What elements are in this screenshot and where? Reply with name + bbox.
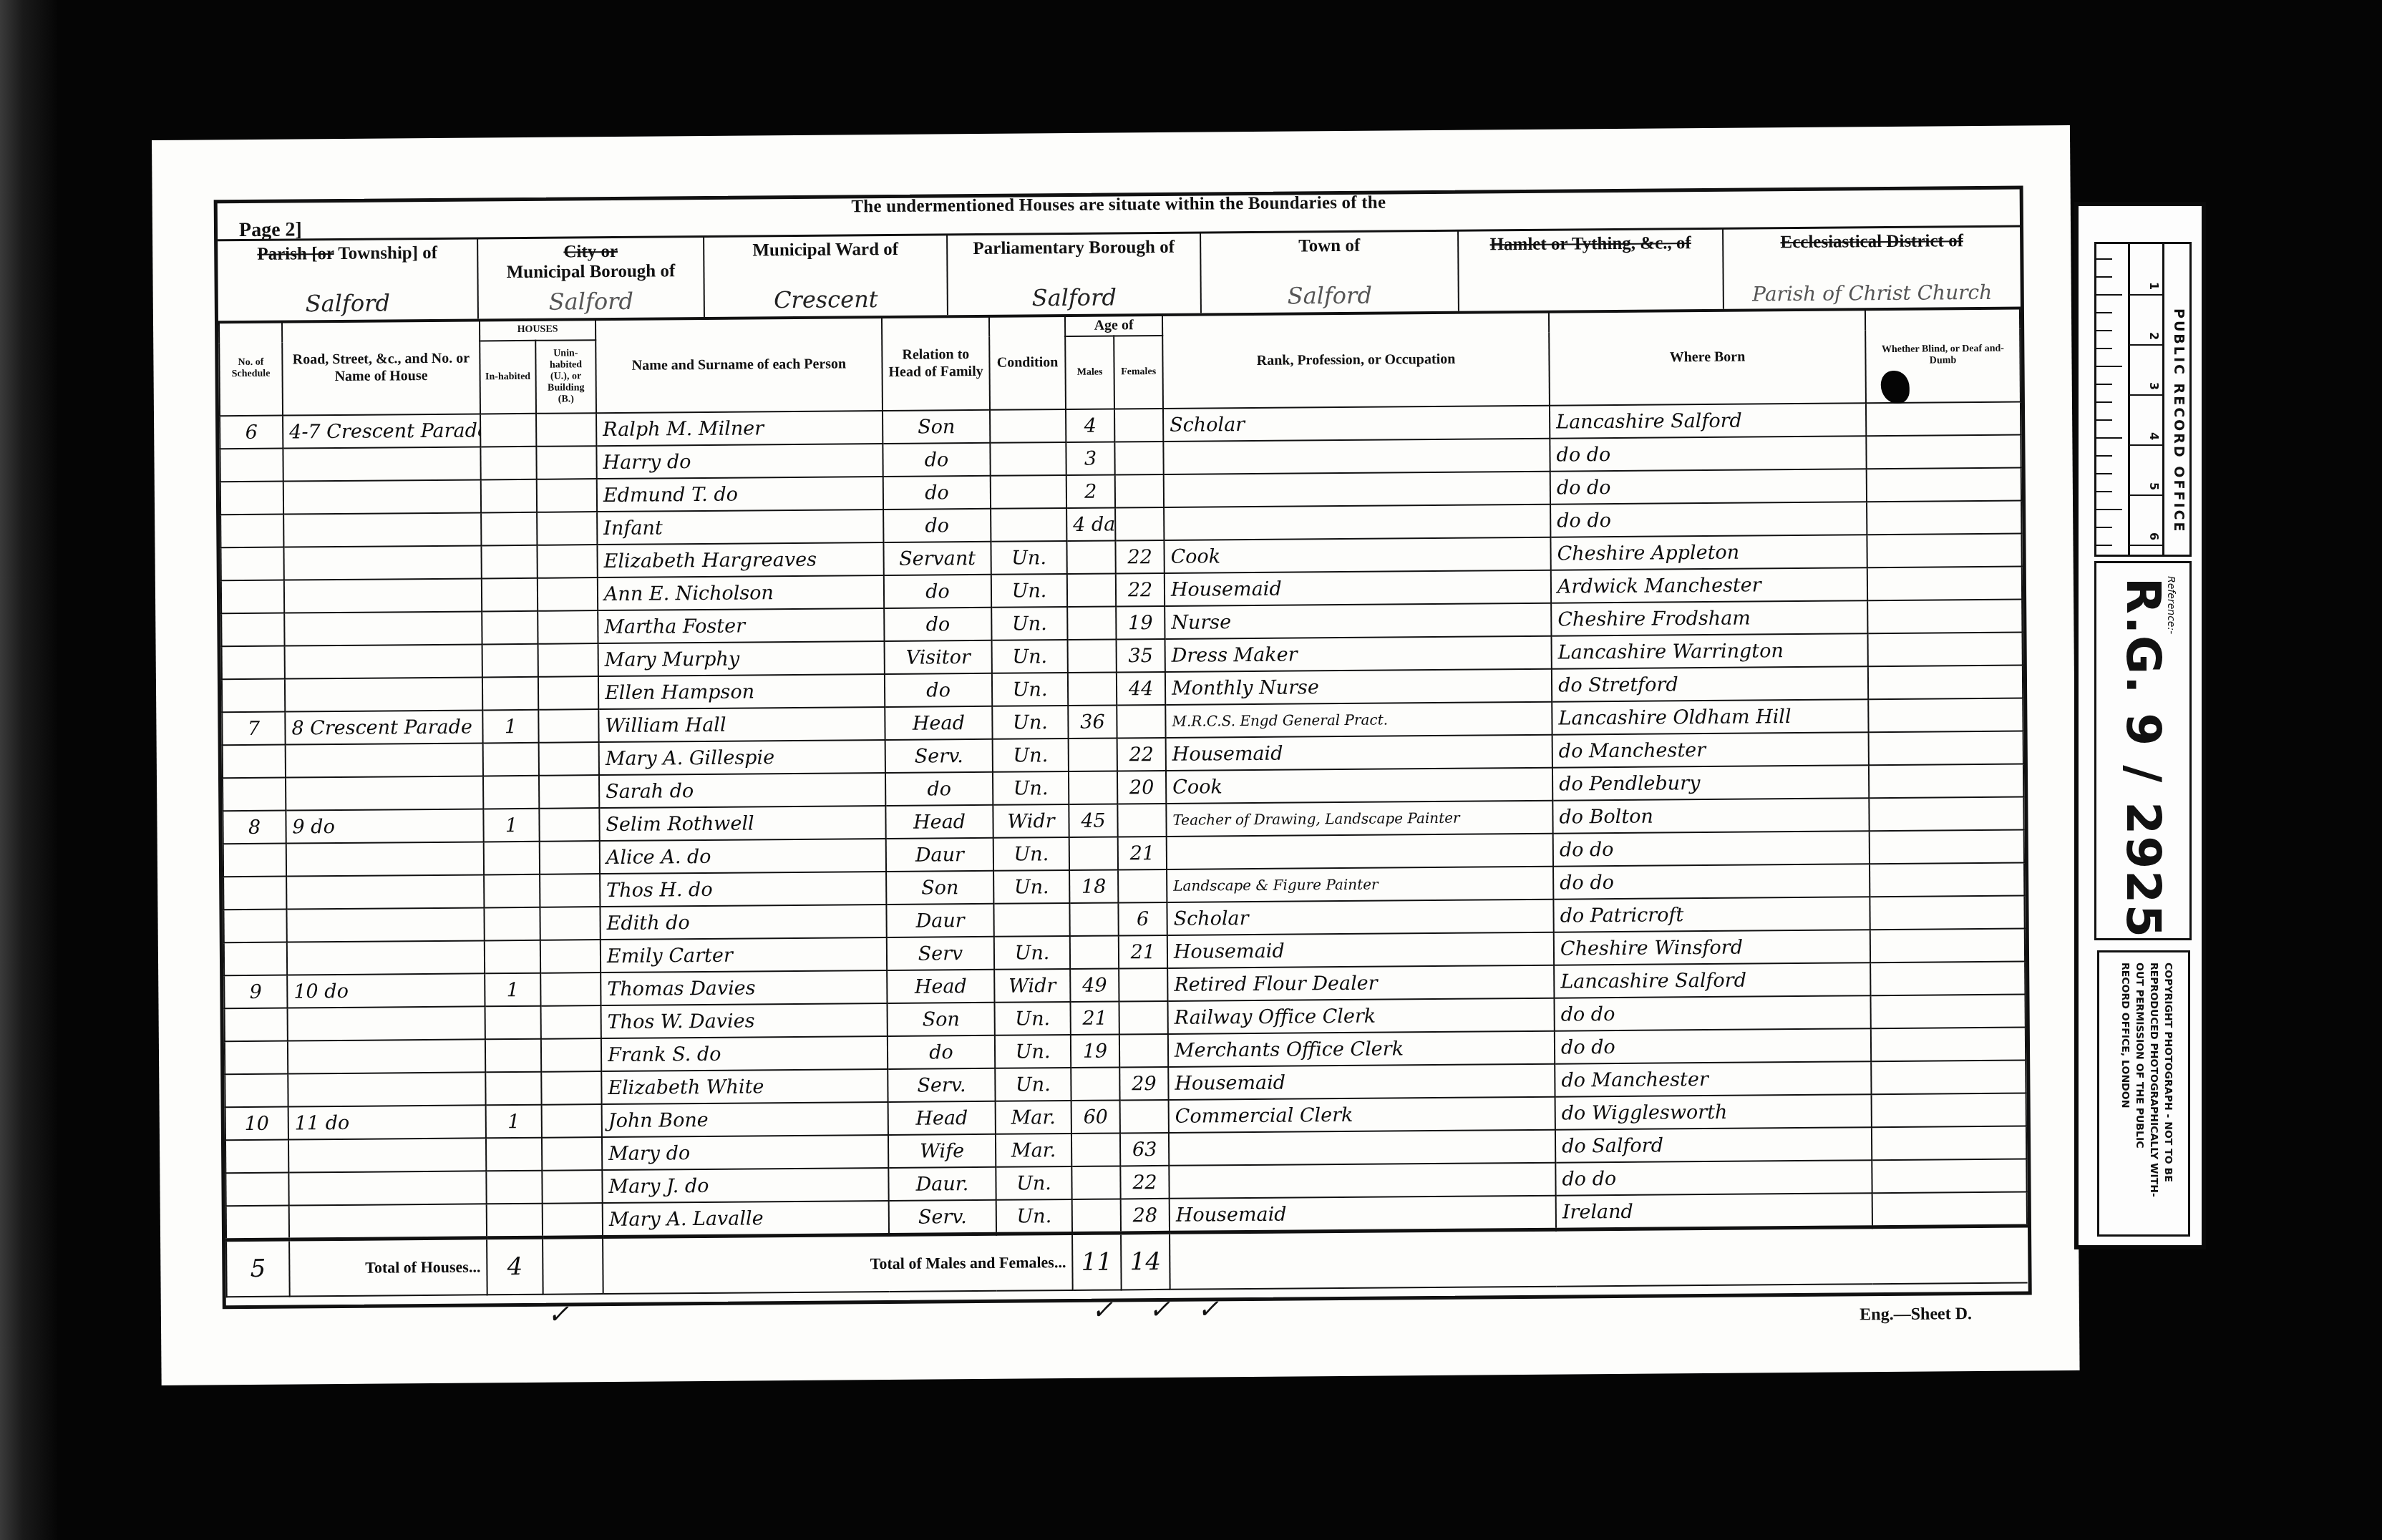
relation-to-head: do [884,608,991,641]
male-age [1069,837,1118,870]
occupation: Merchants Office Clerk [1168,1031,1555,1067]
inhabited-count [485,940,540,974]
ruler-tick [2096,491,2112,492]
inhabited-count [481,479,537,513]
uninhabited-count [542,1104,602,1138]
ruler-cm-number: 4 [2147,432,2161,440]
male-age: 45 [1069,804,1117,837]
infirmity [1870,994,2025,1028]
schedule-number [226,1206,289,1240]
occupation: Scholar [1167,900,1553,935]
uninhabited-count [539,775,599,809]
ruler-tick [2096,348,2112,349]
birthplace: Cheshire Winsford [1554,930,1870,965]
ruler-tick [2096,366,2122,367]
infirmity [1869,764,2023,798]
ruler-cm-number: 1 [2147,282,2161,290]
female-age [1114,409,1163,442]
total-houses-value: 4 [487,1237,543,1295]
uninhabited-count [537,479,597,512]
relation-to-head: Serv. [885,739,993,773]
house-address [284,578,482,613]
infirmity [1870,829,2024,864]
ruler-cm-cell: 5 [2128,444,2162,496]
ruler-tick [2096,545,2112,546]
birthplace: Ardwick Manchester [1551,567,1867,603]
uninhabited-count [538,577,598,611]
schedule-number [223,745,286,779]
birthplace: do Manchester [1552,732,1869,767]
infirmity [1870,928,2025,962]
birthplace: Lancashire Warrington [1552,633,1868,668]
copyright-line: OUT PERMISSION OF THE PUBLIC [2133,962,2145,1148]
female-age: 22 [1115,540,1164,574]
totals-mark: 5 [226,1239,290,1297]
total-females: 14 [1121,1232,1170,1290]
schedule-number [225,1041,288,1075]
male-age [1069,902,1118,936]
relation-to-head: Serv [887,937,994,970]
occupation: Teacher of Drawing, Landscape Painter [1166,801,1552,837]
inhabited-count [484,874,540,908]
male-age: 4 [1066,409,1114,442]
inhabited-count [481,512,537,546]
person-name: Harry do [596,444,883,479]
marital-condition: Un. [996,1166,1071,1200]
female-age: 21 [1119,935,1167,969]
person-name: Selim Rothwell [599,806,885,841]
schedule-number [225,1074,288,1108]
male-age: 3 [1066,442,1114,475]
female-age [1120,1100,1169,1134]
male-age [1071,1067,1119,1101]
female-age: 35 [1117,639,1165,673]
birthplace: Cheshire Appleton [1550,535,1867,570]
male-age [1069,771,1117,804]
person-name: Frank S. do [601,1036,888,1071]
occupation: Housemaid [1167,932,1554,968]
house-address [286,874,484,909]
male-age: 19 [1071,1034,1119,1068]
uninhabited-count [536,446,596,479]
uninhabited-count [541,1038,601,1072]
total-males: 11 [1072,1233,1122,1290]
female-age: 28 [1121,1199,1170,1233]
tick-mark: ✓ [548,1300,569,1329]
copyright-line: REPRODUCED PHOTOGRAPHICALLY WITH- [2147,962,2159,1197]
house-address: 10 do [287,973,485,1008]
inhabited-count: 1 [482,710,538,744]
marital-condition: Mar. [996,1101,1071,1134]
occupation: Commercial Clerk [1169,1097,1555,1133]
place-municipal-ward: Municipal Ward of Crescent [704,235,948,317]
house-address [283,512,481,547]
uninhabited-count [538,676,598,710]
infirmity [1868,665,2023,699]
schedule-number [223,877,286,910]
relation-to-head: do [888,1035,995,1069]
marital-condition: Un. [994,1002,1070,1035]
marital-condition: Un. [991,574,1067,608]
uninhabited-count [537,545,597,578]
occupation: Scholar [1163,406,1550,442]
house-address [288,1039,485,1073]
inhabited-count [484,842,540,875]
person-name: Elizabeth Hargreaves [597,542,883,577]
female-age: 29 [1119,1067,1168,1101]
total-blank [543,1237,603,1295]
ruler-inch-scale [2096,244,2130,555]
female-age [1115,507,1164,541]
occupation: Housemaid [1165,570,1551,606]
relation-to-head: Daur [886,838,993,872]
schedule-number [223,844,286,877]
schedule-number [225,1140,288,1174]
inhabited-count: 1 [483,809,539,842]
infirmity [1866,435,2021,469]
copyright-line: COPYRIGHT PHOTOGRAPH - NOT TO BE [2162,962,2174,1182]
relation-to-head: Son [888,1003,995,1036]
person-name: Infant [597,510,883,545]
relation-to-head: Daur [886,904,993,937]
place-value: Salford [1202,281,1458,311]
birthplace: do Wigglesworth [1555,1094,1872,1129]
schedule-number [222,646,285,680]
place-value: Crescent [705,285,947,314]
col-age: Age of [1065,315,1162,336]
ruler-cm-number: 5 [2147,482,2161,490]
archive-reference-label: 123456 PUBLIC RECORD OFFICE Reference:- … [2074,202,2206,1249]
col-schedule: No. of Schedule [219,322,283,416]
place-parliamentary-borough: Parliamentary Borough of Salford [948,233,1202,315]
col-relation: Relation to Head of Family [882,316,990,411]
person-name: Martha Foster [598,608,884,643]
ruler-tick [2096,312,2112,313]
marital-condition: Un. [992,640,1068,673]
person-name: Thomas Davies [601,970,887,1005]
relation-to-head: Head [885,706,992,740]
house-address [288,1072,485,1106]
ruler-tick [2096,419,2112,421]
infirmity [1872,1093,2026,1127]
infirmity [1872,1159,2026,1193]
place-municipal-borough: City orMunicipal Borough of Salford [478,237,705,318]
place-label: Municipal Ward of [704,235,946,261]
place-label: Town of [1201,231,1457,258]
ruler-tick [2096,509,2122,510]
inhabited-count [480,447,536,480]
form-heading: The undermentioned Houses are situate wi… [218,188,2020,223]
female-age: 22 [1117,738,1166,771]
inhabited-count [485,1006,541,1040]
birthplace: Lancashire Salford [1554,962,1870,998]
birthplace: do Pendlebury [1552,765,1869,800]
female-age: 6 [1118,902,1167,936]
relation-to-head: do [884,575,991,608]
inhabited-count [484,907,540,941]
ruler-tick [2096,330,2112,331]
occupation: Monthly Nurse [1165,669,1552,705]
relation-to-head: do [883,509,991,542]
ruler-tick [2096,437,2122,439]
col-houses: HOUSES [480,319,595,341]
infirmity [1869,796,2023,831]
uninhabited-count [538,709,598,743]
marital-condition [990,409,1066,443]
birthplace: do Salford [1555,1127,1872,1162]
birthplace: Ireland [1556,1193,1872,1229]
col-where-born: Where Born [1549,309,1866,405]
ruler-cm-cell: 2 [2128,294,2162,346]
infirmity [1867,566,2022,600]
male-age: 49 [1070,968,1119,1002]
schedule-number: 7 [222,712,285,746]
uninhabited-count [536,413,596,447]
total-houses-label: Total of Houses... [289,1238,487,1297]
relation-to-head: Son [886,871,993,905]
marital-condition [990,442,1066,476]
infirmity [1869,731,2023,765]
marital-condition: Un. [995,1068,1071,1101]
place-township: Parish [or Township] of Salford [218,238,479,321]
schedule-number: 8 [223,811,286,844]
birthplace: do do [1554,995,1870,1030]
male-age [1068,672,1117,706]
occupation: Cook [1166,768,1552,804]
occupation: Dress Maker [1165,636,1552,672]
reference-number: R.G. 9 / 2925 [2116,577,2171,939]
struck-label: Ecclesiastical District of [1780,231,1963,252]
person-name: John Bone [602,1102,888,1137]
inhabited-count [481,545,537,579]
ruler-tick [2096,384,2112,385]
col-females: Females [1114,336,1163,409]
relation-to-head: Serv. [888,1068,995,1102]
marital-condition [991,508,1066,542]
uninhabited-count [540,841,600,874]
infirmity [1870,862,2024,897]
house-address [286,842,484,876]
sheet-identifier: Eng.—Sheet D. [1860,1305,1972,1325]
schedule-number [225,1173,288,1207]
birthplace: do do [1555,1028,1871,1063]
person-name: Mary Murphy [598,641,885,676]
house-address [284,611,482,645]
schedule-number [220,547,283,581]
house-address [288,1006,485,1041]
house-address [288,1171,486,1205]
schedule-number [223,910,286,943]
schedule-number [221,580,284,614]
inhabited-count [482,578,538,612]
relation-to-head: Wife [888,1134,996,1168]
schedule-number: 6 [220,416,283,449]
female-age [1119,968,1167,1002]
ruler-office-band: PUBLIC RECORD OFFICE [2165,244,2191,555]
marital-condition [993,903,1069,937]
occupation [1167,834,1553,869]
male-age [1070,935,1119,969]
male-age [1071,1166,1120,1199]
marital-condition: Un. [991,541,1066,575]
relation-to-head: Visitor [885,640,992,674]
female-age [1117,804,1166,837]
copyright-line: RECORD OFFICE, LONDON [2119,962,2131,1108]
male-age: 18 [1069,869,1118,903]
marital-condition: Un. [993,870,1069,904]
schedule-number [220,482,283,515]
person-name: Elizabeth White [601,1069,888,1104]
person-name: Ann E. Nicholson [598,575,884,610]
female-age: 20 [1117,771,1166,804]
ruler-tick [2096,401,2112,403]
infirmity [1867,533,2021,567]
house-address [286,743,483,777]
house-address [285,677,482,711]
male-age [1071,1133,1120,1166]
place-label: Municipal Borough of [506,261,675,282]
house-address: 4-7 Crescent Parade [283,414,480,448]
male-age: 4 days [1066,507,1115,541]
inhabited-count [486,1138,542,1171]
ruler-cm-cell: 4 [2128,394,2162,446]
birthplace: do Manchester [1555,1061,1871,1096]
occupation [1169,1163,1555,1199]
reference-box: Reference:- R.G. 9 / 2925 [2094,561,2192,940]
occupation [1169,1130,1555,1166]
occupation: Housemaid [1166,735,1552,771]
birthplace: do do [1550,502,1867,537]
infirmity [1871,1060,2026,1094]
birthplace: do do [1555,1160,1872,1195]
uninhabited-count [540,940,601,973]
schedule-number [220,515,283,548]
schedule-number [223,778,286,812]
marital-condition [991,475,1066,509]
house-address: 9 do [286,809,483,843]
birthplace: do do [1550,469,1867,504]
male-age: 21 [1070,1001,1119,1035]
birthplace: do do [1550,436,1866,471]
house-address [286,776,483,810]
person-name: Edmund T. do [597,477,883,512]
inhabited-count [482,644,538,678]
census-form: Page 2] The undermentioned Houses are si… [214,185,2032,1309]
uninhabited-count [538,643,598,677]
inhabited-count [482,611,538,645]
schedule-number [224,942,287,976]
schedule-number [220,449,283,482]
census-page: Page 2] The undermentioned Houses are si… [152,125,2080,1385]
infirmity [1866,402,2021,437]
place-value: Salford [479,287,704,316]
male-age [1072,1199,1121,1233]
marital-condition: Un. [994,936,1070,970]
house-address [287,940,485,975]
marital-condition: Un. [993,771,1069,805]
occupation: Nurse [1165,603,1551,639]
relation-to-head: do [883,476,991,510]
relation-to-head: Servant [883,542,991,575]
house-address: 8 Crescent Parade [285,710,482,744]
house-address [289,1204,487,1239]
tick-mark: ✓ [1092,1296,1113,1325]
male-age [1068,639,1117,673]
infirmity [1872,1126,2026,1160]
male-age [1069,738,1117,771]
copyright-notice: COPYRIGHT PHOTOGRAPH - NOT TO BE REPRODU… [2097,950,2190,1237]
person-name: Edith do [600,905,886,940]
infirmity [1872,1191,2027,1227]
female-age: 22 [1120,1166,1169,1199]
relation-to-head: Head [887,970,994,1003]
male-age: 2 [1066,474,1115,508]
female-age [1117,705,1165,739]
marital-condition: Un. [991,607,1067,640]
uninhabited-count [542,1170,602,1204]
female-age: 19 [1116,606,1165,640]
col-address: Road, Street, &c., and No. or Name of Ho… [282,320,480,415]
uninhabited-count [543,1203,603,1237]
house-address: 11 do [288,1105,486,1139]
tick-mark: ✓ [1149,1295,1170,1325]
relation-to-head: Head [885,805,993,839]
house-address [285,644,482,678]
uninhabited-count [540,907,600,940]
uninhabited-count [540,874,600,907]
inhabited-count [480,414,536,447]
female-age [1118,869,1167,903]
schedule-number: 9 [224,975,287,1009]
total-remainder [1170,1226,2028,1290]
census-table: No. of Schedule Road, Street, &c., and N… [218,308,2028,1298]
struck-label: Hamlet or Tything, &c., of [1489,233,1691,254]
uninhabited-count [539,808,599,842]
struck-label: City or [563,242,618,262]
place-label: Township] of [338,243,437,263]
inhabited-count [486,1171,542,1204]
marital-condition: Widr [994,969,1070,1003]
uninhabited-count [539,742,599,776]
marital-condition: Un. [992,706,1068,739]
relation-to-head: Daur. [888,1167,996,1201]
house-address [288,1138,486,1172]
place-headers: Parish [or Township] of Salford City orM… [218,227,2021,324]
house-address [283,545,481,580]
office-name: PUBLIC RECORD OFFICE [2171,308,2187,533]
male-age [1067,606,1116,640]
census-rows: 64-7 Crescent ParadeRalph M. MilnerSon4S… [220,402,2027,1240]
infirmity [1867,468,2021,502]
person-name: Ralph M. Milner [596,411,883,446]
marital-condition: Un. [993,837,1069,871]
infirmity [1868,698,2023,732]
place-ecclesiastical-district: Ecclesiastical District of Parish of Chr… [1724,227,2021,309]
place-label: Parliamentary Borough of [948,233,1200,260]
birthplace: Lancashire Salford [1550,403,1866,438]
marital-condition: Un. [993,739,1069,772]
occupation: Retired Flour Dealer [1167,965,1554,1001]
schedule-number: 10 [225,1107,288,1141]
occupation: Housemaid [1168,1064,1555,1100]
person-name: Ellen Hampson [598,674,885,709]
marital-condition: Un. [992,673,1068,706]
person-name: Emily Carter [601,937,887,973]
birthplace: do Patricroft [1553,897,1870,932]
ruler-cm-cell: 1 [2128,244,2162,296]
person-name: Mary J. do [602,1168,888,1203]
occupation: Landscape & Figure Painter [1167,867,1553,902]
